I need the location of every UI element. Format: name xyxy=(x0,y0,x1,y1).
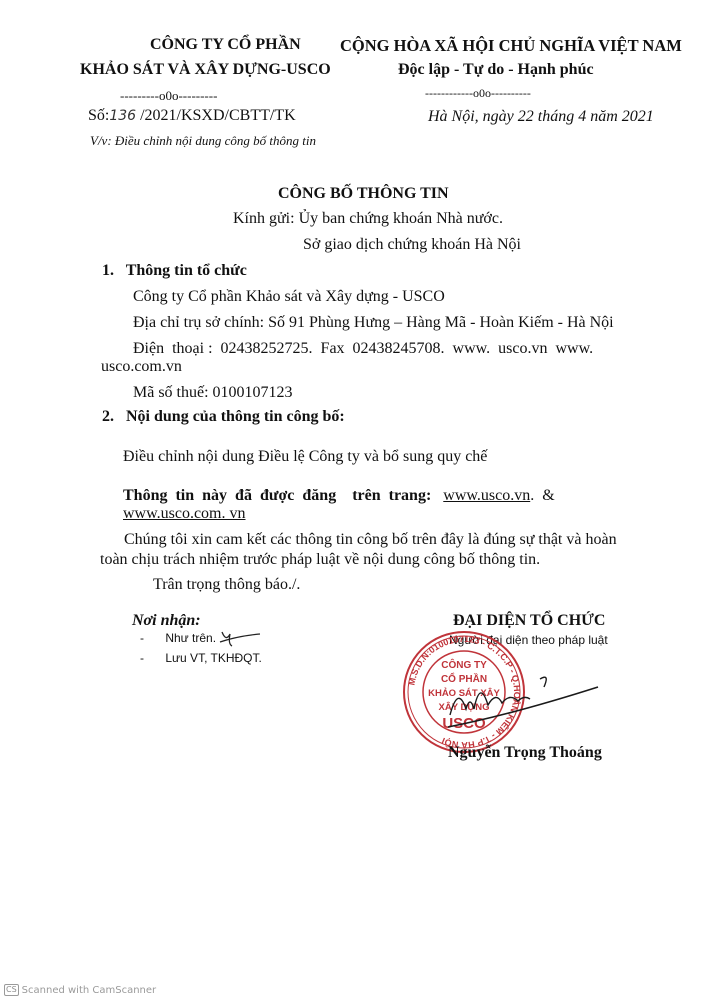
company-website-cont: usco.com.vn xyxy=(101,358,182,376)
recipient-item: - Lưu VT, TKHĐQT. xyxy=(140,651,262,665)
camscanner-logo-icon: CS xyxy=(4,984,19,996)
website-link-1[interactable]: www.usco.vn xyxy=(443,487,530,504)
national-motto: Độc lập - Tự do - Hạnh phúc xyxy=(398,61,594,79)
subject-line: V/v: Điều chỉnh nội dung công bố thông t… xyxy=(90,133,316,149)
company-phone-fax: Điện thoại : 02438252725. Fax 0243824570… xyxy=(133,340,593,358)
posted-line: Thông tin này đã được đăng trên trang: w… xyxy=(123,487,555,505)
right-separator: ------------o0o---------- xyxy=(425,86,531,101)
posted-mid: . & xyxy=(530,487,554,504)
recipient-item-text: Như trên. xyxy=(165,631,216,645)
company-full-name: Công ty Cổ phần Khảo sát và Xây dựng - U… xyxy=(133,288,445,306)
doc-number-handwritten: 136 xyxy=(109,108,136,124)
bullet: - xyxy=(140,651,144,665)
disclosure-content: Điều chỉnh nội dung Điều lệ Công ty và b… xyxy=(123,448,487,466)
recipients-title: Nơi nhận: xyxy=(132,612,201,630)
signer-name: Nguyễn Trọng Thoáng xyxy=(448,744,602,762)
document-date: Hà Nội, ngày 22 tháng 4 năm 2021 xyxy=(428,108,654,126)
commitment-line1: Chúng tôi xin cam kết các thông tin công… xyxy=(124,531,617,549)
posted-prefix: Thông tin này đã được đăng trên trang: xyxy=(123,487,431,504)
signature-title: ĐẠI DIỆN TỔ CHỨC xyxy=(453,612,605,630)
document-title: CÔNG BỐ THÔNG TIN xyxy=(278,185,449,203)
tax-code: Mã số thuế: 0100107123 xyxy=(133,384,293,402)
doc-number-prefix: Số: xyxy=(88,107,109,124)
watermark-text: Scanned with CamScanner xyxy=(22,985,157,996)
bullet: - xyxy=(140,631,144,645)
company-name-line1: CÔNG TY CỔ PHẦN xyxy=(150,36,301,54)
document-number: Số:136 /2021/KSXD/CBTT/TK xyxy=(88,107,296,125)
recipient-line2: Sở giao dịch chứng khoán Hà Nội xyxy=(303,236,521,254)
commitment-line2: toàn chịu trách nhiệm trước pháp luật về… xyxy=(100,551,540,569)
closing-line: Trân trọng thông báo./. xyxy=(153,576,300,594)
doc-number-suffix: /2021/KSXD/CBTT/TK xyxy=(136,107,296,124)
left-separator: ---------o0o--------- xyxy=(120,88,217,104)
initial-signature-icon xyxy=(218,628,262,650)
national-title: CỘNG HÒA XÃ HỘI CHỦ NGHĨA VIỆT NAM xyxy=(340,36,682,56)
website-link-2[interactable]: www.usco.com. vn xyxy=(123,505,246,523)
camscanner-watermark: CS Scanned with CamScanner xyxy=(4,984,156,996)
company-address: Địa chỉ trụ sở chính: Số 91 Phùng Hưng –… xyxy=(133,314,614,332)
recipient-item: - Như trên. xyxy=(140,631,216,645)
handwritten-signature-icon xyxy=(440,665,600,745)
section2-heading: 2. Nội dung của thông tin công bố: xyxy=(102,408,345,426)
recipient-item-text: Lưu VT, TKHĐQT. xyxy=(165,651,262,665)
section1-heading: 1. Thông tin tổ chức xyxy=(102,262,247,280)
company-name-line2: KHẢO SÁT VÀ XÂY DỰNG-USCO xyxy=(80,61,331,79)
recipient-line1: Kính gửi: Ủy ban chứng khoán Nhà nước. xyxy=(233,210,503,228)
